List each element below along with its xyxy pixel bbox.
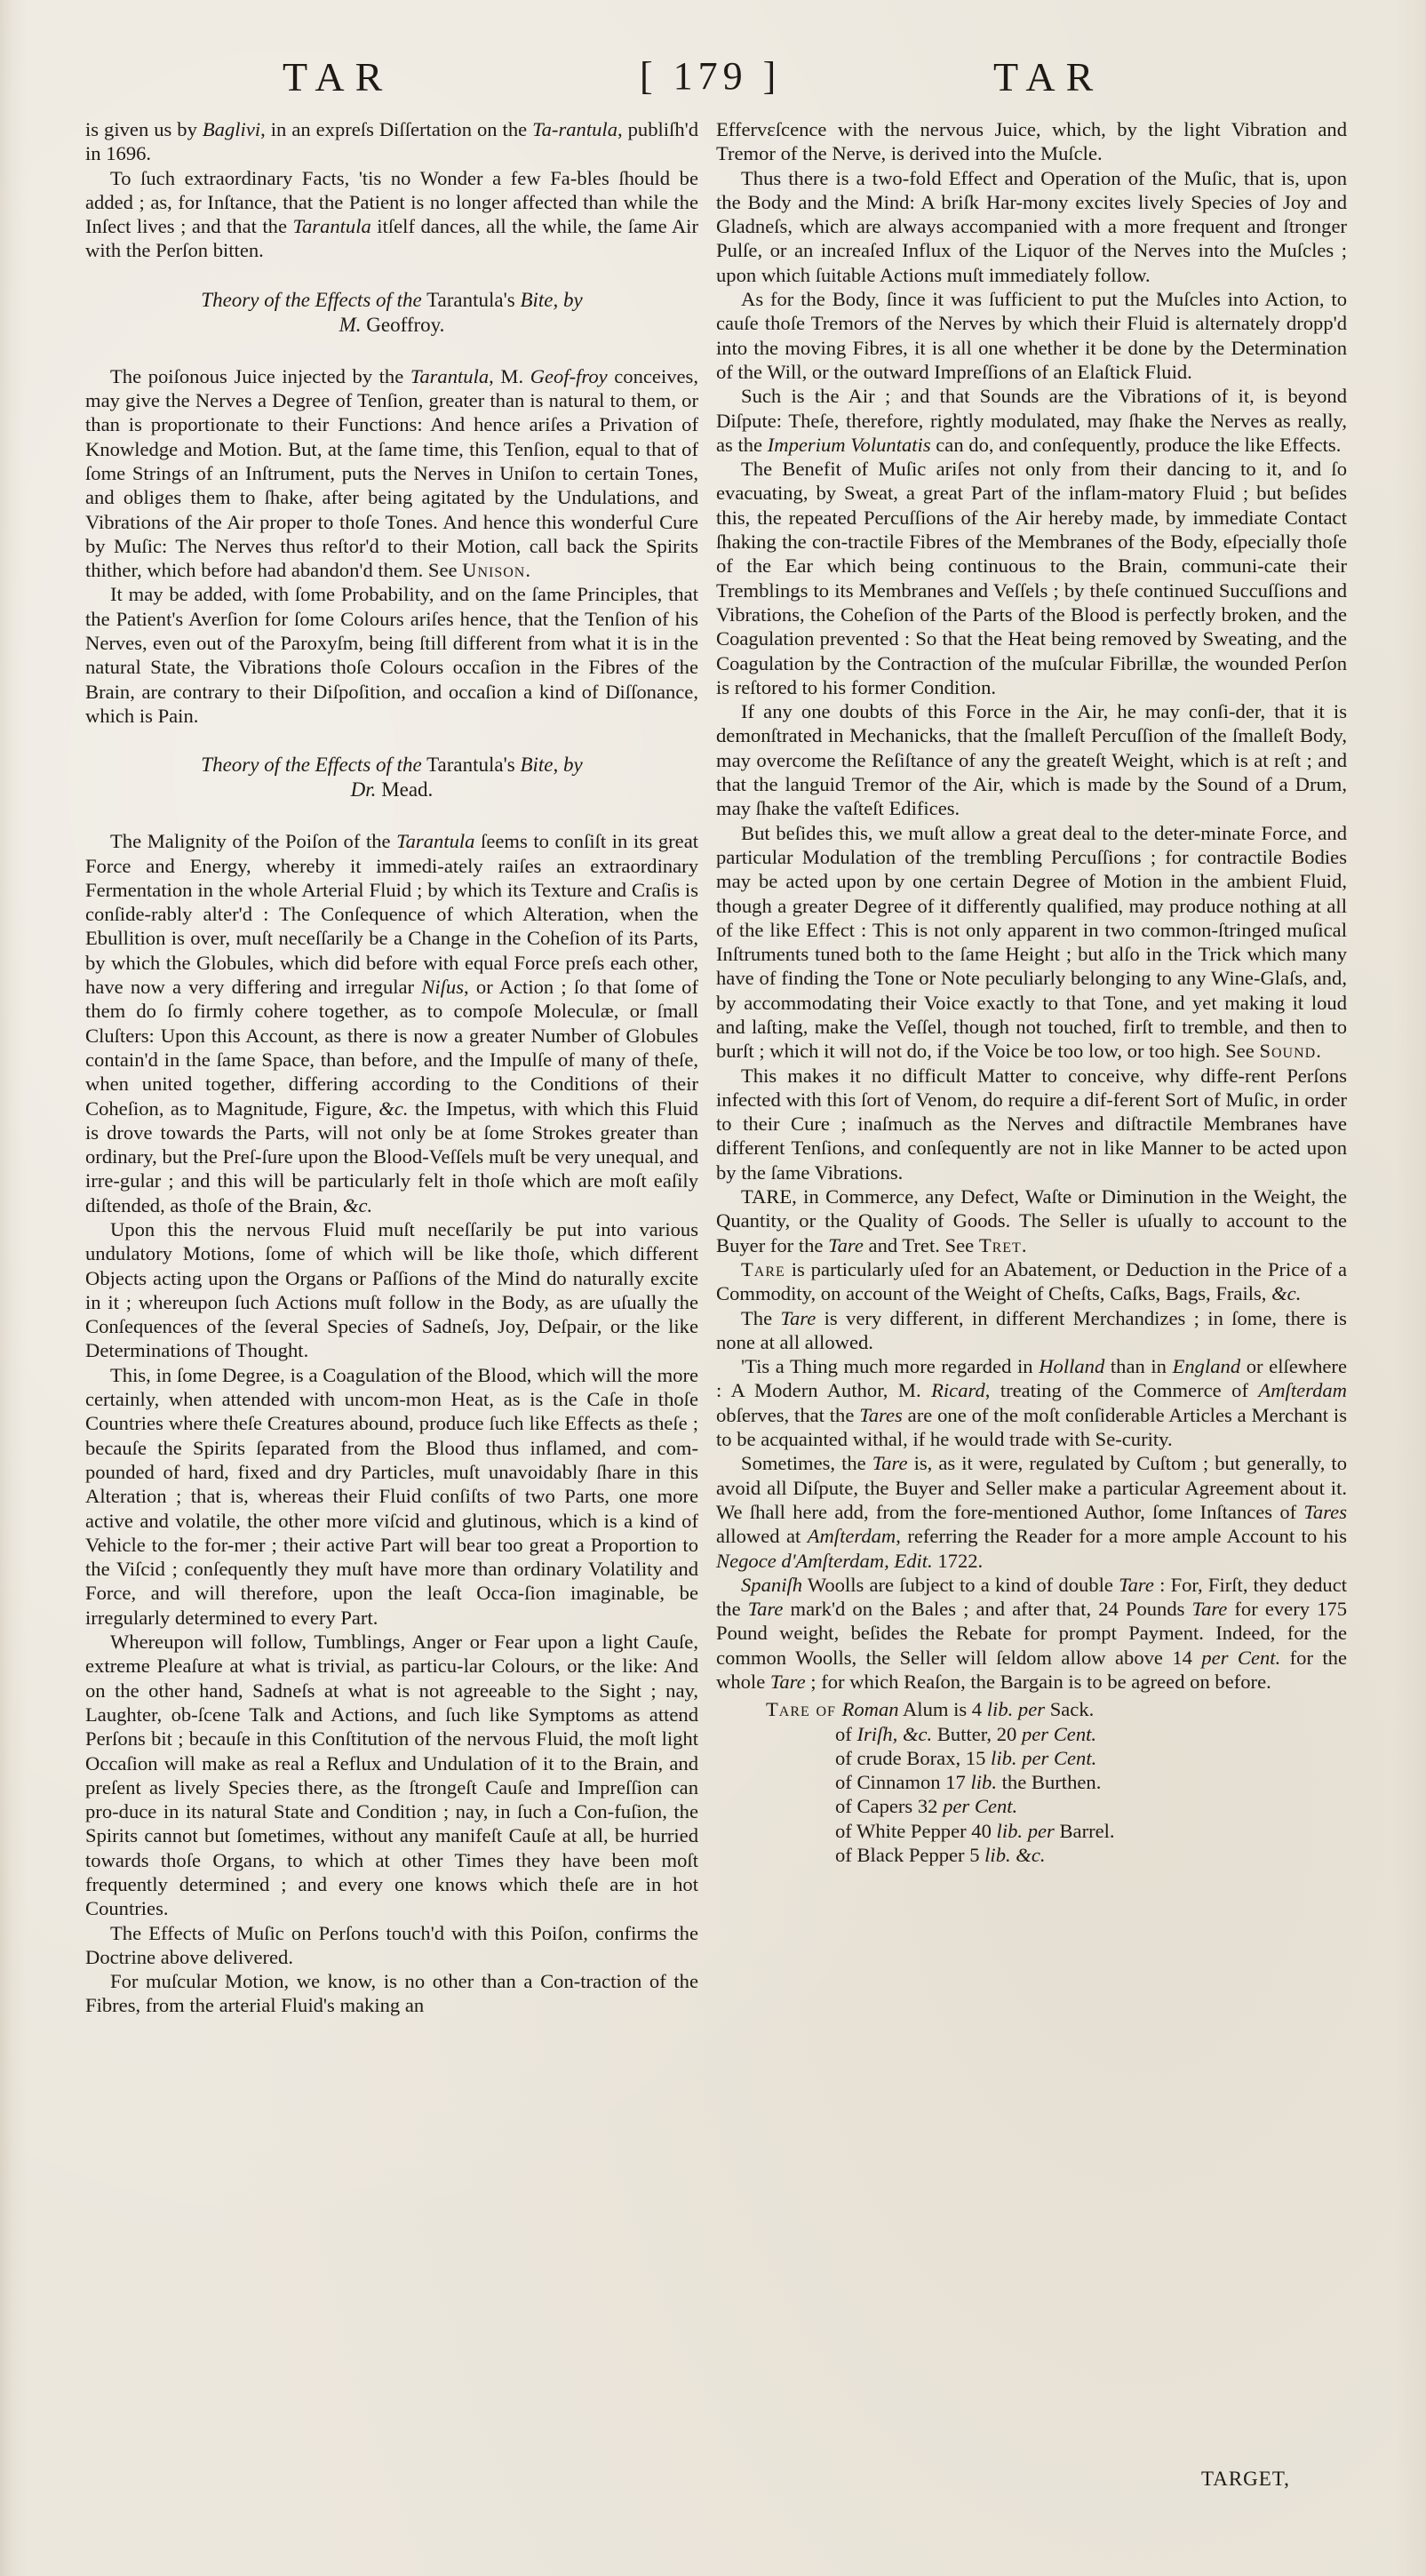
paragraph: Whereupon will follow, Tumblings, Anger …: [85, 1630, 698, 1921]
paragraph: As for the Body, ſince it was ſufficient…: [716, 287, 1347, 384]
cross-reference-link: Sound: [1259, 1040, 1316, 1062]
paragraph: Thus there is a two-fold Effect and Oper…: [716, 166, 1347, 287]
paragraph: But beſides this, we muſt allow a great …: [716, 821, 1347, 1064]
right-column: Effervεſcence with the nervous Juice, wh…: [716, 117, 1347, 1867]
catchword: TARGET,: [1201, 2468, 1290, 2491]
page-number: [ 179 ]: [640, 53, 781, 99]
section-heading-mead: Theory of the Effects of the Tarantula's…: [103, 753, 681, 802]
paragraph: 'Tis a Thing much more regarded in Holla…: [716, 1354, 1347, 1451]
paragraph: Such is the Air ; and that Sounds are th…: [716, 384, 1347, 457]
paragraph: The poiſonous Juice injected by the Tara…: [85, 364, 698, 583]
tare-list-item: of crude Borax, 15 lib. per Cent.: [716, 1746, 1347, 1770]
paragraph: is given us by Baglivi, in an expreſs Di…: [85, 117, 698, 166]
paragraph: The Benefit of Muſic ariſes not only fro…: [716, 457, 1347, 699]
tare-list-item: of Cinnamon 17 lib. the Burthen.: [716, 1770, 1347, 1794]
document-page: TAR [ 179 ] TAR is given us by Baglivi, …: [0, 0, 1426, 2576]
tare-list-item: Tare of Roman Alum is 4 lib. per Sack.: [716, 1697, 1347, 1721]
left-column: is given us by Baglivi, in an expreſs Di…: [85, 117, 698, 2018]
tare-list-item: of Capers 32 per Cent.: [716, 1794, 1347, 1818]
entry-tare: TARE, in Commerce, any Defect, Waſte or …: [716, 1184, 1347, 1257]
paragraph: The Malignity of the Poiſon of the Taran…: [85, 829, 698, 1217]
paragraph: Spaniſh Woolls are ſubject to a kind of …: [716, 1573, 1347, 1694]
paragraph: Tare is particularly uſed for an Abateme…: [716, 1257, 1347, 1306]
paragraph: Effervεſcence with the nervous Juice, wh…: [716, 117, 1347, 166]
paragraph: Upon this the nervous Fluid muſt neceſſa…: [85, 1217, 698, 1363]
tare-list: Tare of Roman Alum is 4 lib. per Sack. o…: [716, 1697, 1347, 1867]
paragraph: The Tare is very different, in different…: [716, 1306, 1347, 1355]
paragraph: Sometimes, the Tare is, as it were, regu…: [716, 1451, 1347, 1572]
running-head-right: TAR: [993, 53, 1103, 100]
paragraph: To ſuch extraordinary Facts, 'tis no Won…: [85, 166, 698, 263]
running-head: TAR [ 179 ] TAR: [0, 53, 1426, 107]
paragraph: This, in ſome Degree, is a Coagulation o…: [85, 1363, 698, 1630]
paragraph: If any one doubts of this Force in the A…: [716, 699, 1347, 820]
tare-list-item: of Iriſh, &c. Butter, 20 per Cent.: [716, 1722, 1347, 1746]
paragraph: This makes it no difficult Matter to con…: [716, 1064, 1347, 1184]
cross-reference-link: Tret: [979, 1234, 1022, 1256]
running-head-left: TAR: [283, 53, 393, 100]
section-heading-geoffroy: Theory of the Effects of the Tarantula's…: [103, 288, 681, 338]
tare-list-item: of White Pepper 40 lib. per Barrel.: [716, 1819, 1347, 1843]
paragraph: The Effects of Muſic on Perſons touch'd …: [85, 1921, 698, 1970]
paragraph: It may be added, with ſome Probability, …: [85, 582, 698, 728]
tare-list-item: of Black Pepper 5 lib. &c.: [716, 1843, 1347, 1867]
cross-reference-link: Unison: [462, 559, 525, 581]
paragraph: For muſcular Motion, we know, is no othe…: [85, 1969, 698, 2018]
